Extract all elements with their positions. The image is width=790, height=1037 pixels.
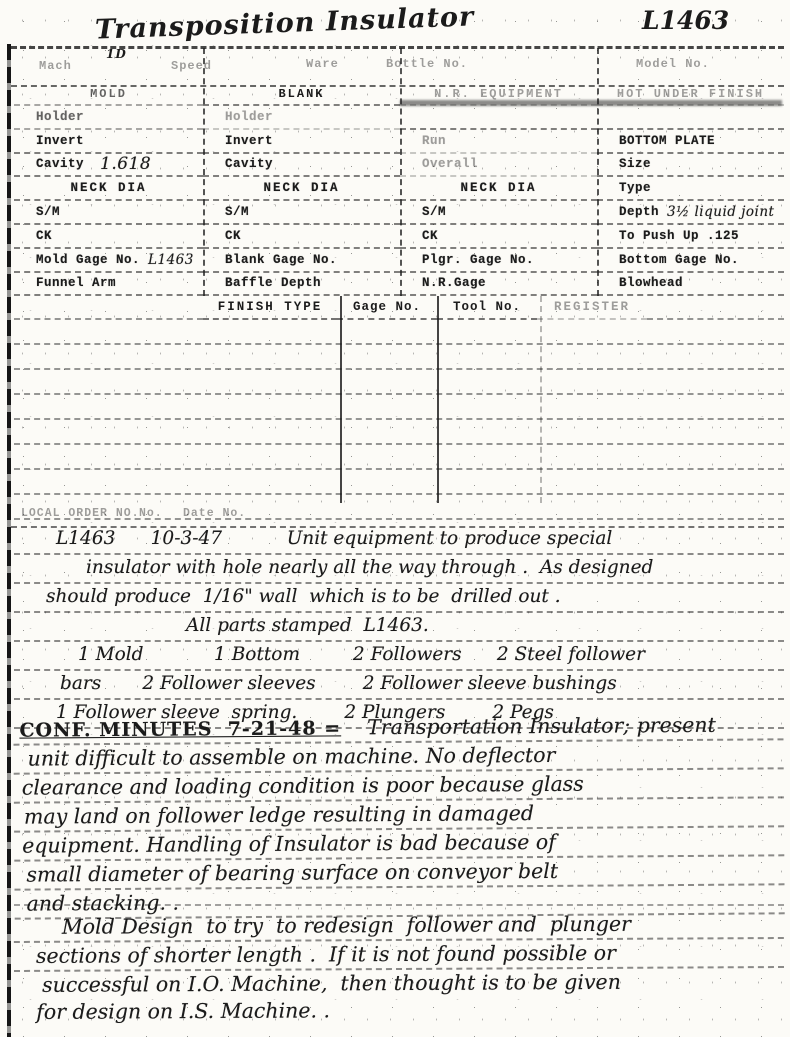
empty-rule-row [14, 470, 784, 495]
field-bottom-gage-no: Bottom Gage No. [597, 249, 784, 273]
page-left-border [7, 44, 11, 1037]
field-mold-cavity: Cavity1.618 [14, 154, 203, 178]
field-nr-gage: N.R.Gage [400, 273, 597, 297]
field-type: Type [597, 177, 784, 201]
field-blank-gage-no: Blank Gage No. [203, 249, 400, 273]
mold-gage-no-value: L1463 [148, 252, 194, 268]
field-mold-ck: CK [14, 225, 203, 249]
redesign-paragraph: Mold Design to try to redesign follower … [14, 910, 785, 1026]
column-separator-3 [597, 48, 599, 296]
note-line: L1463 10-3-47 Unit equipment to produce … [14, 526, 784, 555]
conference-minutes-1948: CONF. MINUTES 7-21-48 =Transportation In… [13, 711, 784, 919]
field-huf-blank-row [597, 106, 784, 130]
register-column-line [540, 296, 542, 503]
field-plgr-gage-no: Plgr. Gage No. [400, 249, 597, 273]
note-line: insulator with hole nearly all the way t… [14, 555, 784, 584]
field-blank-cavity: Cavity [203, 154, 400, 178]
field-nr-sm: S/M [400, 201, 597, 225]
register-header: REGISTER [537, 296, 647, 320]
field-mold-invert: Invert [14, 130, 203, 154]
gage-header-spacer-right [647, 296, 784, 320]
document-number: L1463 [642, 6, 729, 35]
finish-type-header: FINISH TYPE [203, 296, 337, 320]
field-mold-neck-dia: NECK DIA [14, 177, 203, 201]
handwritten-notes-1947: L1463 10-3-47 Unit equipment to produce … [14, 526, 784, 729]
empty-rule-row [14, 370, 784, 395]
mach-label: Mach [39, 59, 72, 73]
field-blank-invert: Invert [203, 130, 400, 154]
gage-box-right-line [437, 296, 439, 503]
ware-label: Ware [306, 57, 339, 71]
blank-rule-line [14, 896, 784, 906]
gage-table-empty-rows [14, 320, 784, 520]
tool-no-header: Tool No. [437, 296, 537, 320]
field-depth: Depth3½ liquid joint [597, 201, 784, 225]
document-title: Transposition Insulator [95, 1, 475, 45]
final-line: sections of shorter length . If it is no… [14, 939, 784, 972]
field-nr-blank-row [400, 106, 597, 130]
note-line: 1 Mold 1 Bottom 2 Followers 2 Steel foll… [14, 642, 784, 671]
field-to-push-up: To Push Up .125 [597, 225, 784, 249]
empty-rule-row [14, 445, 784, 470]
bottle-label: Bottle No. [386, 57, 468, 71]
gage-header-spacer [14, 296, 203, 320]
mach-value: 1D [106, 47, 127, 61]
mold-cavity-value: 1.618 [100, 154, 151, 174]
field-blank-neck-dia: NECK DIA [203, 177, 400, 201]
field-baffle-depth: Baffle Depth [203, 273, 400, 297]
col-header-mold: MOLD [14, 84, 203, 106]
field-funnel-arm: Funnel Arm [14, 273, 203, 297]
field-blowhead: Blowhead [597, 273, 784, 297]
final-line: successful on I.O. Machine, then thought… [14, 968, 784, 999]
col-header-blank: BLANK [203, 84, 400, 106]
final-line: for design on I.S. Machine. . [14, 995, 784, 1026]
local-order-row: LOCAL ORDER NO. No. Date No. [11, 503, 784, 528]
order-no-label: No. [139, 507, 163, 520]
field-nr-neck-dia: NECK DIA [400, 177, 597, 201]
field-nr-overall: Overall [400, 154, 597, 178]
conf-heading: CONF. MINUTES 7-21-48 = [19, 717, 341, 741]
field-blank-holder: Holder [203, 106, 400, 130]
empty-rule-row [14, 395, 784, 420]
field-mold-holder: Holder [14, 106, 203, 130]
speed-label: Speed [171, 59, 212, 73]
note-line: should produce 1/16" wall which is to be… [14, 584, 784, 613]
depth-value: 3½ liquid joint [667, 204, 774, 220]
empty-rule-row [14, 420, 784, 445]
field-mold-sm: S/M [14, 201, 203, 225]
machine-row: Mach 1D Speed Ware Bottle No. Model No. [11, 46, 784, 87]
field-bottom-plate: BOTTOM PLATE [597, 130, 784, 154]
gage-table-header: FINISH TYPE Gage No. Tool No. REGISTER [14, 296, 784, 320]
field-mold-gage-no: Mold Gage No.L1463 [14, 249, 203, 273]
final-line: Mold Design to try to redesign follower … [14, 910, 784, 943]
model-label: Model No. [636, 57, 710, 71]
field-nr-ck: CK [400, 225, 597, 249]
field-nr-run: Run [400, 130, 597, 154]
field-blank-sm: S/M [203, 201, 400, 225]
order-date-label: Date No. [183, 507, 246, 520]
empty-rule-row [14, 320, 784, 345]
form-grid: Holder Invert Cavity1.618 NECK DIA S/M C… [14, 106, 784, 296]
field-size: Size [597, 154, 784, 178]
note-line: All parts stamped L1463. [14, 613, 784, 642]
column-separator-1 [203, 48, 205, 296]
gage-box-left-line [340, 296, 342, 503]
scanned-record-card: Transposition Insulator L1463 Mach 1D Sp… [0, 0, 790, 1037]
local-order-label: LOCAL ORDER NO. [21, 507, 140, 520]
note-line: bars 2 Follower sleeves 2 Follower sleev… [14, 671, 784, 700]
empty-rule-row [14, 345, 784, 370]
gage-no-header: Gage No. [337, 296, 437, 320]
column-separator-2 [400, 48, 402, 296]
field-blank-ck: CK [203, 225, 400, 249]
